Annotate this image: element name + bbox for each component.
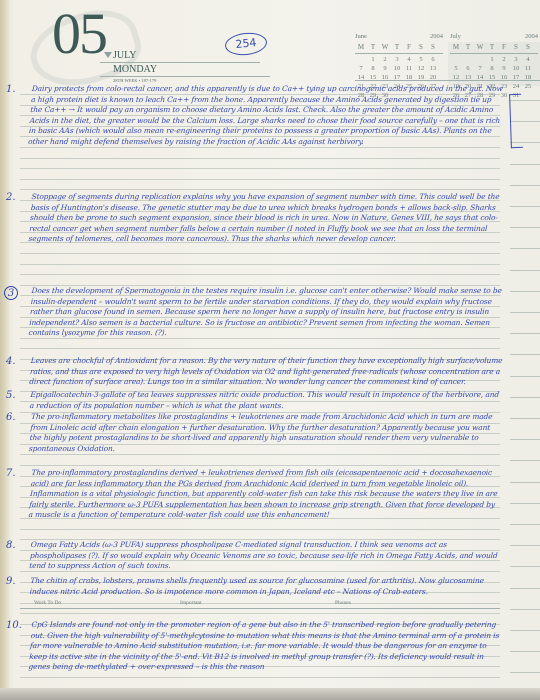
weekday-header: T <box>367 43 379 51</box>
calendar-day: 6 <box>427 56 439 63</box>
calendar-day: 6 <box>462 65 474 72</box>
next-page-rule <box>510 164 540 165</box>
calendar-day: 10 <box>510 65 522 72</box>
weekday-header: T <box>462 43 474 51</box>
weekday-header: W <box>379 43 391 51</box>
next-page-rule <box>510 545 540 546</box>
calendar-year: 2004 <box>525 33 538 40</box>
entry-text: The pro-inflammatory metabolites like pr… <box>29 412 504 454</box>
next-page-rule <box>510 524 540 525</box>
weekday-header: M <box>450 43 462 51</box>
triangle-marker-icon <box>104 52 112 58</box>
entry-text: Leaves are chockful of Antioxidant for a… <box>29 356 503 388</box>
calendar-year: 2004 <box>430 33 443 40</box>
next-page-rule <box>510 333 540 334</box>
next-page-rule <box>510 185 540 186</box>
ruled-line <box>20 264 500 265</box>
entry-number-circled: 3 <box>4 286 18 300</box>
weekday-header: S <box>415 43 427 51</box>
entry-text: CpG Islands are found not only in the pr… <box>28 620 504 673</box>
weekday-header: T <box>486 43 498 51</box>
calendar-weekdays: MTWTFSS <box>450 43 538 54</box>
next-page-rule <box>510 312 540 313</box>
calendar-day: 2 <box>379 56 391 63</box>
next-page-rule <box>510 291 540 292</box>
page-bottom-edge <box>0 688 540 700</box>
next-page-rule <box>510 206 540 207</box>
calendar-day <box>355 56 367 63</box>
weekday-header: M <box>355 43 367 51</box>
footer-phones: Phones <box>335 600 351 606</box>
entry-number: 6. <box>6 412 16 423</box>
binding-shadow <box>0 0 10 700</box>
next-page-rule <box>510 227 540 228</box>
next-page-rule <box>510 672 540 673</box>
next-page-rule <box>510 482 540 483</box>
next-page-rule <box>510 354 540 355</box>
calendar-day: 8 <box>367 65 379 72</box>
next-page-rule <box>510 588 540 589</box>
ruled-line <box>20 677 500 678</box>
ruled-line <box>20 179 500 180</box>
ruled-line <box>20 274 500 275</box>
ruled-line <box>20 189 500 190</box>
calendar-day: 5 <box>415 56 427 63</box>
entry-number: 1. <box>6 84 16 95</box>
month-label: JULY <box>113 50 136 61</box>
ruled-line <box>20 603 500 604</box>
next-page-rule <box>510 418 540 419</box>
calendar-day: 12 <box>415 65 427 72</box>
entry-number: 9. <box>6 576 16 587</box>
ruled-line <box>20 158 500 159</box>
next-page-rule <box>510 460 540 461</box>
next-page-rule <box>510 503 540 504</box>
entry-number: 5. <box>6 390 16 401</box>
next-page-rule <box>510 566 540 567</box>
ruled-line <box>20 253 500 254</box>
ruled-line <box>20 613 500 614</box>
calendar-day: 5 <box>450 65 462 72</box>
footer-important: Important <box>180 600 202 606</box>
calendar-day <box>450 56 462 63</box>
calendar-divider <box>355 80 540 81</box>
margin-bracket-mark <box>509 94 523 148</box>
weekday-header: T <box>391 43 403 51</box>
next-page-rule <box>510 609 540 610</box>
weekday-label: MONDAY <box>113 64 157 75</box>
calendar-day: 3 <box>510 56 522 63</box>
calendar-day <box>462 56 474 63</box>
footer-divider <box>20 608 500 609</box>
calendar-day: 25 <box>522 83 534 90</box>
page-number-stamp: 254 <box>224 31 268 57</box>
entry-number: 8. <box>6 540 16 551</box>
weekday-header: F <box>498 43 510 51</box>
next-page-rule <box>510 270 540 271</box>
calendar-day: 24 <box>510 83 522 90</box>
ruled-line <box>20 168 500 169</box>
entry-text: Does the development of Spermatogonia in… <box>28 286 504 339</box>
weekday-header: S <box>510 43 522 51</box>
week-info: 28TH WEEK • 187-179 <box>113 78 156 83</box>
calendar-day: 11 <box>522 65 534 72</box>
calendar-day: 1 <box>367 56 379 63</box>
header-divider <box>100 76 270 77</box>
next-page-rule <box>510 651 540 652</box>
entry-text: The chitin of crabs, lobsters, prawns sh… <box>29 576 502 597</box>
entry-text: Omega Fatty Acids (ω-3 PUFA) suppress ph… <box>29 540 503 572</box>
weekday-header: F <box>403 43 415 51</box>
ruled-line <box>20 348 500 349</box>
weekday-header: S <box>427 43 439 51</box>
calendar-day: 7 <box>355 65 367 72</box>
next-page-rule <box>510 439 540 440</box>
calendar-day: 3 <box>391 56 403 63</box>
calendar-day: 2 <box>498 56 510 63</box>
ruled-line <box>20 465 500 466</box>
calendar-day: 11 <box>403 65 415 72</box>
diary-page: 05 JULY MONDAY 28TH WEEK • 187-179 254 J… <box>0 0 540 700</box>
day-number: 05 <box>52 4 106 64</box>
next-page-rule <box>510 397 540 398</box>
weekday-header: W <box>474 43 486 51</box>
entry-number: 2. <box>6 192 16 203</box>
calendar-day: 1 <box>486 56 498 63</box>
calendar-day: 8 <box>486 65 498 72</box>
ruled-line <box>20 529 500 530</box>
calendar-day: 9 <box>498 65 510 72</box>
calendar-day: 10 <box>391 65 403 72</box>
calendar-day <box>474 56 486 63</box>
calendar-day: 13 <box>427 65 439 72</box>
weekday-header: S <box>522 43 534 51</box>
next-page-rule <box>510 248 540 249</box>
calendar-day: 7 <box>474 65 486 72</box>
calendar-day: 9 <box>379 65 391 72</box>
entry-text: The pro-inflammatory prostaglandins deri… <box>28 468 504 521</box>
entry-number: 4. <box>6 356 16 367</box>
next-page-rule <box>510 376 540 377</box>
entry-number: 10. <box>6 620 22 631</box>
next-page-rule <box>510 630 540 631</box>
header-divider <box>100 62 260 63</box>
entry-text: Epigallocatechin-3-gallate of tea leaves… <box>29 390 502 411</box>
calendar-month: June <box>355 33 367 40</box>
entry-number: 7. <box>6 468 16 479</box>
calendar-month: July <box>450 33 461 40</box>
calendar-day: 4 <box>522 56 534 63</box>
entry-text: Dairy protects from colo-rectal cancer, … <box>28 84 504 148</box>
calendar-day: 4 <box>403 56 415 63</box>
calendar-weekdays: MTWTFSS <box>355 43 443 54</box>
footer-work-to-do: Work To Do <box>34 600 61 606</box>
entry-text: Stoppage of segments during replication … <box>28 192 504 245</box>
